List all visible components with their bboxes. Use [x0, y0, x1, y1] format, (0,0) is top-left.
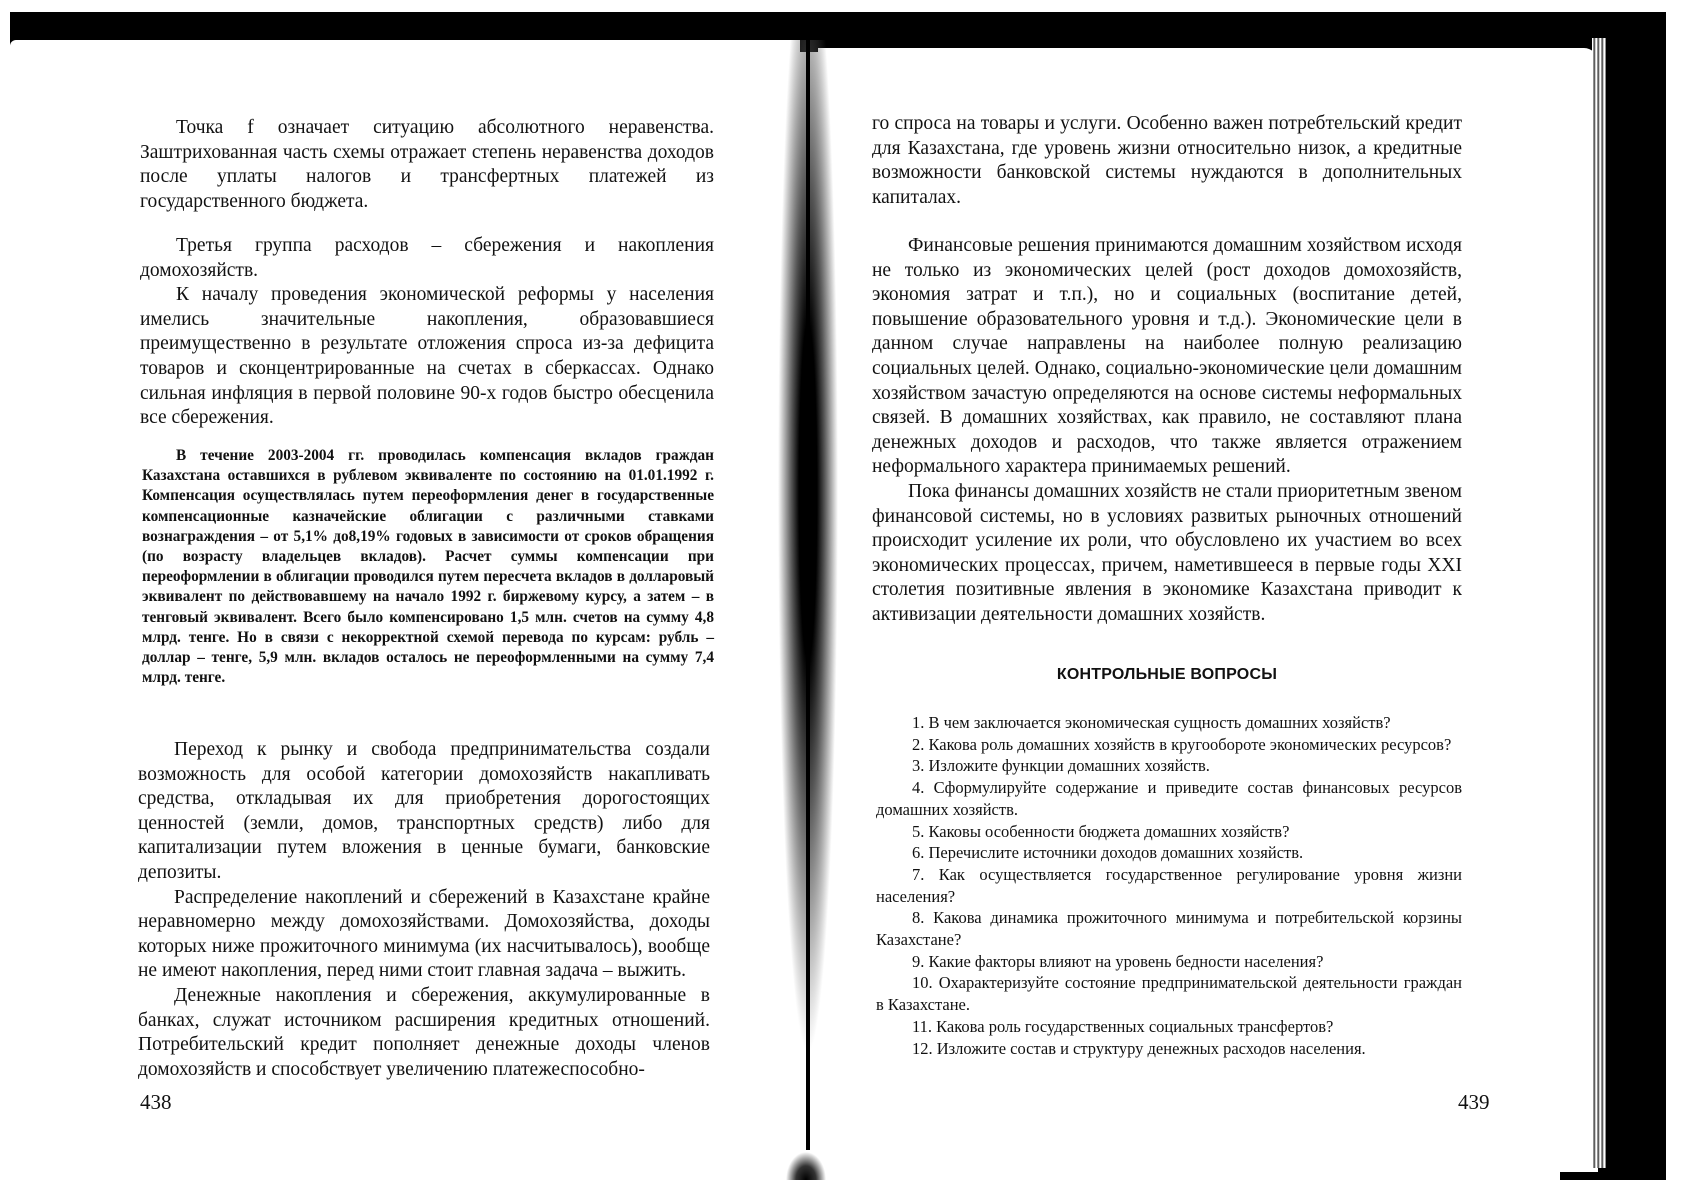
paragraph: Денежные накопления и сбережения, аккуму…	[138, 984, 710, 1082]
question-item: 11. Какова роль государственных социальн…	[876, 1016, 1462, 1038]
left-paragraphs-savings: Третья группа расходов – сбережения и на…	[140, 234, 714, 431]
book-spine-foot	[786, 1150, 826, 1180]
page-edges	[1592, 38, 1606, 1168]
question-item: 3. Изложите функции домашних хозяйств.	[876, 755, 1462, 777]
section-heading: КОНТРОЛЬНЫЕ ВОПРОСЫ	[872, 666, 1462, 684]
question-item: 2. Какова роль домашних хозяйств в круго…	[876, 734, 1462, 756]
paragraph: Финансовые решения принимаются домашним …	[872, 234, 1462, 480]
left-paragraphs-bottom: Переход к рынку и свобода предпринимател…	[138, 738, 710, 1082]
scanned-book-spread: Точка f означает ситуацию абсолютного не…	[0, 0, 1684, 1190]
question-item: 9. Какие факторы влияют на уровень бедно…	[876, 951, 1462, 973]
scan-border-right	[1598, 12, 1666, 1180]
paragraph: К началу проведения экономической реформ…	[140, 283, 714, 431]
right-paragraph-continuation: го спроса на товары и услуги. Особенно в…	[872, 112, 1462, 210]
question-item: 6. Перечислите источники доходов домашни…	[876, 842, 1462, 864]
paragraph: Распределение накоплений и сбережений в …	[138, 886, 710, 984]
question-item: 10. Охарактеризуйте состояние предприним…	[876, 972, 1462, 1015]
question-item: 7. Как осуществляется государственное ре…	[876, 864, 1462, 907]
question-item: 12. Изложите состав и структуру денежных…	[876, 1038, 1462, 1060]
right-paragraphs: Финансовые решения принимаются домашним …	[872, 234, 1462, 628]
paragraph: го спроса на товары и услуги. Особенно в…	[872, 112, 1462, 210]
page-number-left: 438	[140, 1090, 172, 1115]
page-number-right: 439	[1458, 1090, 1490, 1115]
left-paragraph-intro: Точка f означает ситуацию абсолютного не…	[140, 116, 714, 214]
compensation-note: В течение 2003-2004 гг. проводилась комп…	[142, 446, 714, 688]
question-item: 4. Сформулируйте содержание и приведите …	[876, 777, 1462, 820]
note-text: В течение 2003-2004 гг. проводилась комп…	[142, 446, 714, 688]
book-spine	[806, 40, 810, 1150]
question-item: 1. В чем заключается экономическая сущно…	[876, 712, 1462, 734]
paragraph: Пока финансы домашних хозяйств не стали …	[872, 480, 1462, 628]
review-questions-list: 1. В чем заключается экономическая сущно…	[876, 712, 1462, 1059]
paragraph: Точка f означает ситуацию абсолютного не…	[140, 116, 714, 214]
question-item: 5. Каковы особенности бюджета домашних х…	[876, 821, 1462, 843]
question-item: 8. Какова динамика прожиточного минимума…	[876, 907, 1462, 950]
paragraph: Переход к рынку и свобода предпринимател…	[138, 738, 710, 886]
paragraph: Третья группа расходов – сбережения и на…	[140, 234, 714, 283]
